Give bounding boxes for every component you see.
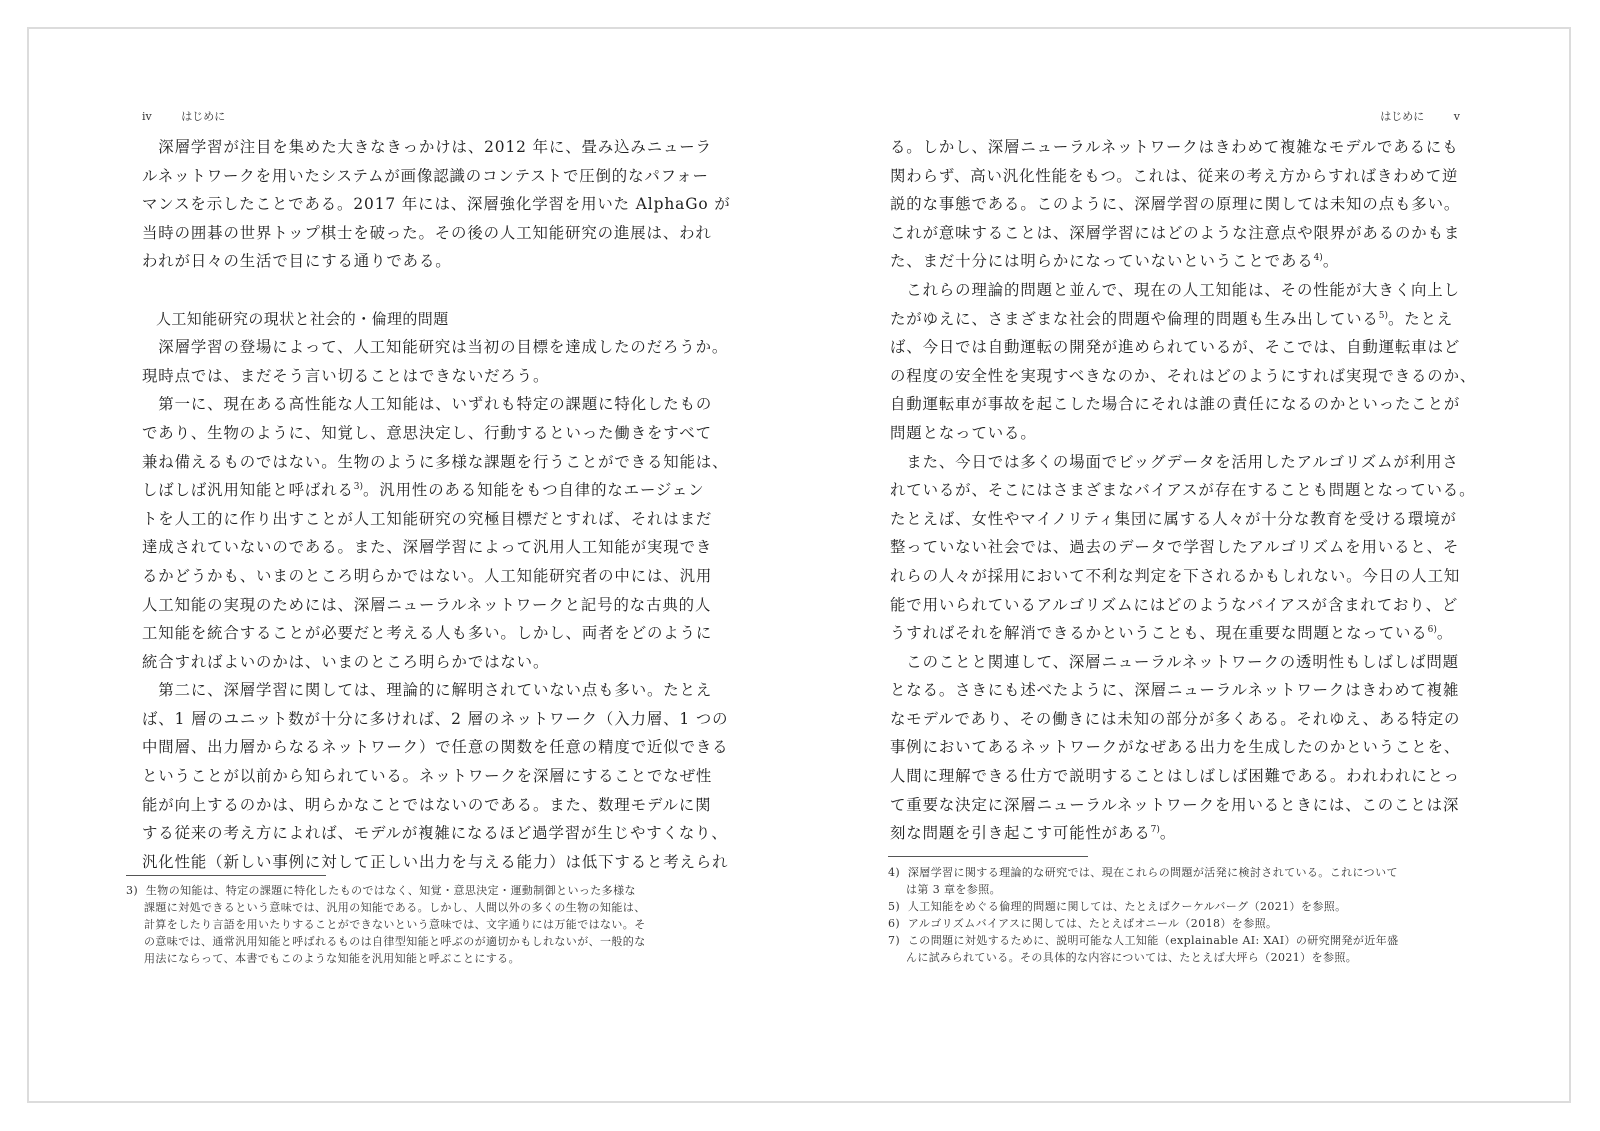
footnote-line: 計算をしたり言語を用いたりすることができないという意味では、文字通りには万能では… xyxy=(126,916,706,933)
footnote-4: 4) 深層学習に関する理論的な研究では、現在これらの問題が活発に検討されている。… xyxy=(888,864,1468,881)
footnote-text: 生物の知能は、特定の課題に特化したものではなく、知覚・意思決定・運動制御といった… xyxy=(146,884,636,897)
text-fragment: 。たとえ xyxy=(1388,310,1453,328)
footnote-3: 3) 生物の知能は、特定の課題に特化したものではなく、知覚・意思決定・運動制御と… xyxy=(126,882,706,899)
text-line: 深層学習の登場によって、人工知能研究は当初の目標を達成したのだろうか。 xyxy=(142,333,702,362)
text-fragment: たがゆえに、さまざまな社会的問題や倫理的問題も生み出している xyxy=(890,310,1379,328)
footnote-text: アルゴリズムバイアスに関しては、たとえばオニール（2018）を参照。 xyxy=(908,917,1278,930)
footnote-text: 深層学習に関する理論的な研究では、現在これらの問題が活発に検討されている。これに… xyxy=(908,866,1398,879)
text-line: る。しかし、深層ニューラルネットワークはきわめて複雑なモデルであるにも xyxy=(890,133,1456,162)
text-line: また、今日では多くの場面でビッグデータを活用したアルゴリズムが利用さ xyxy=(890,448,1456,477)
chapter-title: はじめに xyxy=(1380,110,1424,123)
text-line: 中間層、出力層からなるネットワーク）で任意の関数を任意の精度で近似できる xyxy=(142,733,702,762)
footnote-line: は第 3 章を参照。 xyxy=(888,881,1468,898)
running-head-right: はじめに v xyxy=(1380,108,1460,124)
text-line: 兼ね備えるものではない。生物のように多様な課題を行うことができる知能は、 xyxy=(142,448,702,477)
text-line: 能が向上するのかは、明らかなことではないのである。また、数理モデルに関 xyxy=(142,791,702,820)
footnote-7: 7) この問題に対処するために、説明可能な人工知能（explainable AI… xyxy=(888,932,1468,949)
footnote-text: は第 3 章を参照。 xyxy=(888,883,1001,896)
text-line: 工知能を統合することが必要だと考える人も多い。しかし、両者をどのように xyxy=(142,619,702,648)
text-line: このことと関連して、深層ニューラルネットワークの透明性もしばしば問題 xyxy=(890,648,1456,677)
text-line: となる。さきにも述べたように、深層ニューラルネットワークはきわめて複雑 xyxy=(890,676,1456,705)
text-line: ば、1 層のユニット数が十分に多ければ、2 層のネットワーク（入力層、1 つの xyxy=(142,705,702,734)
footnote-line: 用法にならって、本書でもこのような知能を汎用知能と呼ぶことにする。 xyxy=(126,950,706,967)
footnote-line: の意味では、通常汎用知能と呼ばれるものは自律型知能と呼ぶのが適切かもしれないが、… xyxy=(126,933,706,950)
text-line: 関わらず、高い汎化性能をもつ。これは、従来の考え方からすればきわめて逆 xyxy=(890,162,1456,191)
footnote-rule xyxy=(888,856,1088,857)
text-fragment: 。汎用性のある知能をもつ自律的なエージェン xyxy=(363,481,705,499)
text-line: 当時の囲碁の世界トップ棋士を破った。その後の人工知能研究の進展は、われ xyxy=(142,219,702,248)
text-line: れているが、そこにはさまざまなバイアスが存在することも問題となっている。 xyxy=(890,476,1456,505)
footnote-text: 計算をしたり言語を用いたりすることができないという意味では、文字通りには万能では… xyxy=(126,918,646,931)
footnote-number: 5) xyxy=(888,900,900,913)
text-fragment: 。 xyxy=(1437,624,1453,642)
text-line: マンスを示したことである。2017 年には、深層強化学習を用いた AlphaGo… xyxy=(142,190,702,219)
text-line: これらの理論的問題と並んで、現在の人工知能は、その性能が大きく向上し xyxy=(890,276,1456,305)
body-text: 深層学習が注目を集めた大きなきっかけは、2012 年に、畳み込みニューラ ルネッ… xyxy=(142,133,702,876)
text-line: 第二に、深層学習に関しては、理論的に解明されていない点も多い。たとえ xyxy=(142,676,702,705)
footnote-ref-4[interactable]: 4) xyxy=(1314,253,1323,263)
text-line: トを人工的に作り出すことが人工知能研究の究極目標だとすれば、それはまだ xyxy=(142,505,702,534)
text-line: しばしば汎用知能と呼ばれる3)。汎用性のある知能をもつ自律的なエージェン xyxy=(142,476,702,505)
text-line: たとえば、女性やマイノリティ集団に属する人々が十分な教育を受ける環境が xyxy=(890,505,1456,534)
text-line: て重要な決定に深層ニューラルネットワークを用いるときには、このことは深 xyxy=(890,791,1456,820)
footnote-text: 課題に対処できるという意味では、汎用の知能である。しかし、人間以外の多くの生物の… xyxy=(126,901,646,914)
text-line: ば、今日では自動運転の開発が進められているが、そこでは、自動運転車はど xyxy=(890,333,1456,362)
text-line: た、まだ十分には明らかになっていないということである4)。 xyxy=(890,247,1456,276)
footnote-text: 用法にならって、本書でもこのような知能を汎用知能と呼ぶことにする。 xyxy=(126,952,520,965)
footnotes: 3) 生物の知能は、特定の課題に特化したものではなく、知覚・意思決定・運動制御と… xyxy=(126,882,706,967)
text-line: 達成されていないのである。また、深層学習によって汎用人工知能が実現でき xyxy=(142,533,702,562)
footnote-number: 6) xyxy=(888,917,900,930)
footnote-number: 3) xyxy=(126,884,138,897)
text-line: 自動運転車が事故を起こした場合にそれは誰の責任になるのかといったことが xyxy=(890,390,1456,419)
footnote-rule xyxy=(126,875,326,876)
text-line: であり、生物のように、知覚し、意思決定し、行動するといった働きをすべて xyxy=(142,419,702,448)
footnotes: 4) 深層学習に関する理論的な研究では、現在これらの問題が活発に検討されている。… xyxy=(888,864,1468,966)
footnote-line: 課題に対処できるという意味では、汎用の知能である。しかし、人間以外の多くの生物の… xyxy=(126,899,706,916)
text-fragment: 。 xyxy=(1160,824,1176,842)
text-line: たがゆえに、さまざまな社会的問題や倫理的問題も生み出している5)。たとえ xyxy=(890,305,1456,334)
text-line: われが日々の生活で目にする通りである。 xyxy=(142,247,702,276)
text-line: 統合すればよいのかは、いまのところ明らかではない。 xyxy=(142,648,702,677)
text-line: なモデルであり、その働きには未知の部分が多くある。それゆえ、ある特定の xyxy=(890,705,1456,734)
text-line: 事例においてあるネットワークがなぜある出力を生成したのかということを、 xyxy=(890,733,1456,762)
page-number: iv xyxy=(142,110,152,123)
text-fragment: 刻な問題を引き起こす可能性がある xyxy=(890,824,1151,842)
text-line: ということが以前から知られている。ネットワークを深層にすることでなぜ性 xyxy=(142,762,702,791)
footnote-text: んに試みられている。その具体的な内容については、たとえば大坪ら（2021）を参照… xyxy=(888,951,1357,964)
section-heading: 人工知能研究の現状と社会的・倫理的問題 xyxy=(142,305,702,334)
text-line: 汎化性能（新しい事例に対して正しい出力を与える能力）は低下すると考えられ xyxy=(142,848,702,877)
text-line: これが意味することは、深層学習にはどのような注意点や限界があるのかもま xyxy=(890,219,1456,248)
text-line: 能で用いられているアルゴリズムにはどのようなバイアスが含まれており、ど xyxy=(890,591,1456,620)
text-line: 説的な事態である。このように、深層学習の原理に関しては未知の点も多い。 xyxy=(890,190,1456,219)
text-line: ルネットワークを用いたシステムが画像認識のコンテストで圧倒的なパフォー xyxy=(142,162,702,191)
footnote-text: この問題に対処するために、説明可能な人工知能（explainable AI: X… xyxy=(908,934,1399,947)
text-line: れらの人々が採用において不利な判定を下されるかもしれない。今日の人工知 xyxy=(890,562,1456,591)
text-fragment: うすればそれを解消できるかということも、現在重要な問題となっている xyxy=(890,624,1428,642)
text-line: 人工知能の実現のためには、深層ニューラルネットワークと記号的な古典的人 xyxy=(142,591,702,620)
footnote-line: んに試みられている。その具体的な内容については、たとえば大坪ら（2021）を参照… xyxy=(888,949,1468,966)
footnote-5: 5) 人工知能をめぐる倫理的問題に関しては、たとえばクーケルバーグ（2021）を… xyxy=(888,898,1468,915)
chapter-title: はじめに xyxy=(181,110,225,123)
body-text: る。しかし、深層ニューラルネットワークはきわめて複雑なモデルであるにも 関わらず… xyxy=(890,133,1456,848)
text-line: 現時点では、まだそう言い切ることはできないだろう。 xyxy=(142,362,702,391)
text-line: の程度の安全性を実現すべきなのか、それはどのようにすれば実現できるのか、 xyxy=(890,362,1456,391)
footnote-number: 4) xyxy=(888,866,900,879)
text-line: する従来の考え方によれば、モデルが複雑になるほど過学習が生じやすくなり、 xyxy=(142,819,702,848)
page-number: v xyxy=(1454,110,1460,123)
text-line: 深層学習が注目を集めた大きなきっかけは、2012 年に、畳み込みニューラ xyxy=(142,133,702,162)
footnote-ref-6[interactable]: 6) xyxy=(1428,625,1437,635)
text-line: 刻な問題を引き起こす可能性がある7)。 xyxy=(890,819,1456,848)
running-head-left: iv はじめに xyxy=(142,108,225,124)
text-fragment: た、まだ十分には明らかになっていないということである xyxy=(890,252,1314,270)
text-line: 人間に理解できる仕方で説明することはしばしば困難である。われわれにとっ xyxy=(890,762,1456,791)
footnote-ref-5[interactable]: 5) xyxy=(1379,311,1388,321)
text-line: るかどうかも、いまのところ明らかではない。人工知能研究者の中には、汎用 xyxy=(142,562,702,591)
footnote-text: の意味では、通常汎用知能と呼ばれるものは自律型知能と呼ぶのが適切かもしれないが、… xyxy=(126,935,646,948)
footnote-ref-7[interactable]: 7) xyxy=(1151,825,1160,835)
text-line: 問題となっている。 xyxy=(890,419,1456,448)
footnote-text: 人工知能をめぐる倫理的問題に関しては、たとえばクーケルバーグ（2021）を参照。 xyxy=(908,900,1347,913)
text-line: 第一に、現在ある高性能な人工知能は、いずれも特定の課題に特化したもの xyxy=(142,390,702,419)
text-line: うすればそれを解消できるかということも、現在重要な問題となっている6)。 xyxy=(890,619,1456,648)
footnote-ref-3[interactable]: 3) xyxy=(354,482,363,492)
text-fragment: しばしば汎用知能と呼ばれる xyxy=(142,481,354,499)
footnote-6: 6) アルゴリズムバイアスに関しては、たとえばオニール（2018）を参照。 xyxy=(888,915,1468,932)
footnote-number: 7) xyxy=(888,934,900,947)
text-fragment: 。 xyxy=(1323,252,1339,270)
text-line: 整っていない社会では、過去のデータで学習したアルゴリズムを用いると、そ xyxy=(890,533,1456,562)
